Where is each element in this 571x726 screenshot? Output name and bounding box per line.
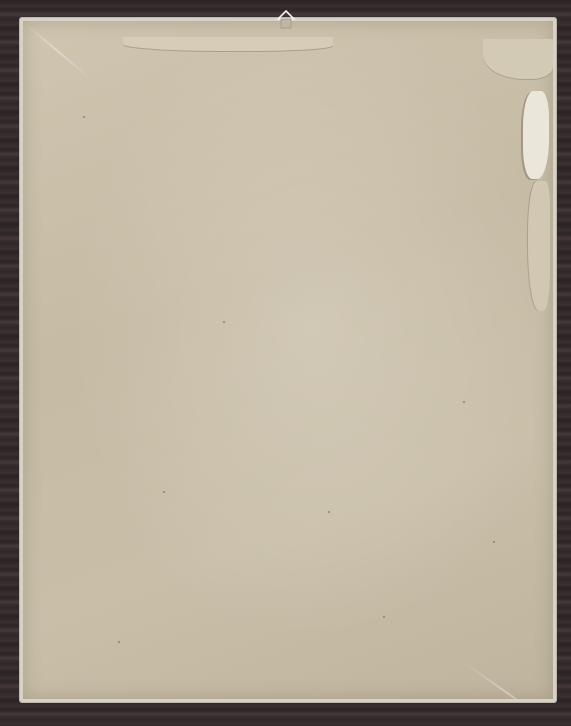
cardboard-backing	[23, 21, 553, 699]
hanging-hook-icon	[277, 10, 295, 30]
speck	[223, 321, 225, 323]
corner-crease-bottom-right	[462, 661, 553, 699]
speck	[328, 511, 330, 513]
exposed-fiber-patch	[523, 91, 549, 179]
speck	[118, 641, 120, 643]
speck	[83, 116, 85, 118]
speck	[163, 491, 165, 493]
corner-crease-top-left	[23, 21, 93, 80]
speck	[493, 541, 495, 543]
peeled-paper-corner	[483, 39, 553, 79]
peeled-paper-top	[123, 37, 333, 51]
speck	[463, 401, 465, 403]
peeled-paper-right-edge	[528, 181, 550, 311]
speck	[383, 616, 385, 618]
